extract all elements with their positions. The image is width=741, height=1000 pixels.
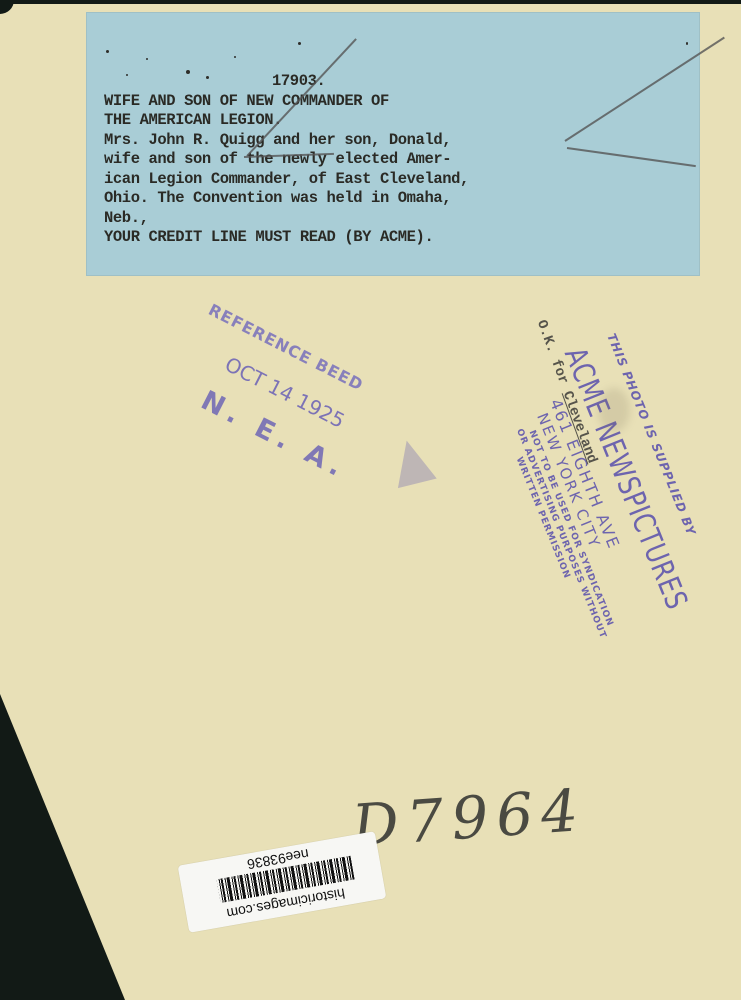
caption-line: YOUR CREDIT LINE MUST READ (BY ACME). — [104, 228, 433, 246]
ink-speck — [106, 50, 109, 53]
caption-number: 17903. — [104, 72, 469, 92]
caption-line: Ohio. The Convention was held in Omaha, — [104, 189, 451, 207]
caption-line: THE AMERICAN LEGION. — [104, 111, 282, 129]
ink-speck — [234, 56, 236, 58]
ink-speck — [686, 42, 688, 45]
caption-line: wife and son of the newly elected Amer- — [104, 150, 451, 168]
caption-line: Neb., — [104, 209, 149, 227]
stain — [598, 388, 630, 432]
ink-speck — [146, 58, 148, 60]
caption-line: ican Legion Commander, of East Cleveland… — [104, 170, 469, 188]
caption-line: WIFE AND SON OF NEW COMMANDER OF — [104, 92, 389, 110]
caption-line: Mrs. John R. Quigg and her son, Donald, — [104, 131, 451, 149]
caption-text: 17903.WIFE AND SON OF NEW COMMANDER OF T… — [104, 72, 469, 248]
ink-speck — [298, 42, 301, 45]
